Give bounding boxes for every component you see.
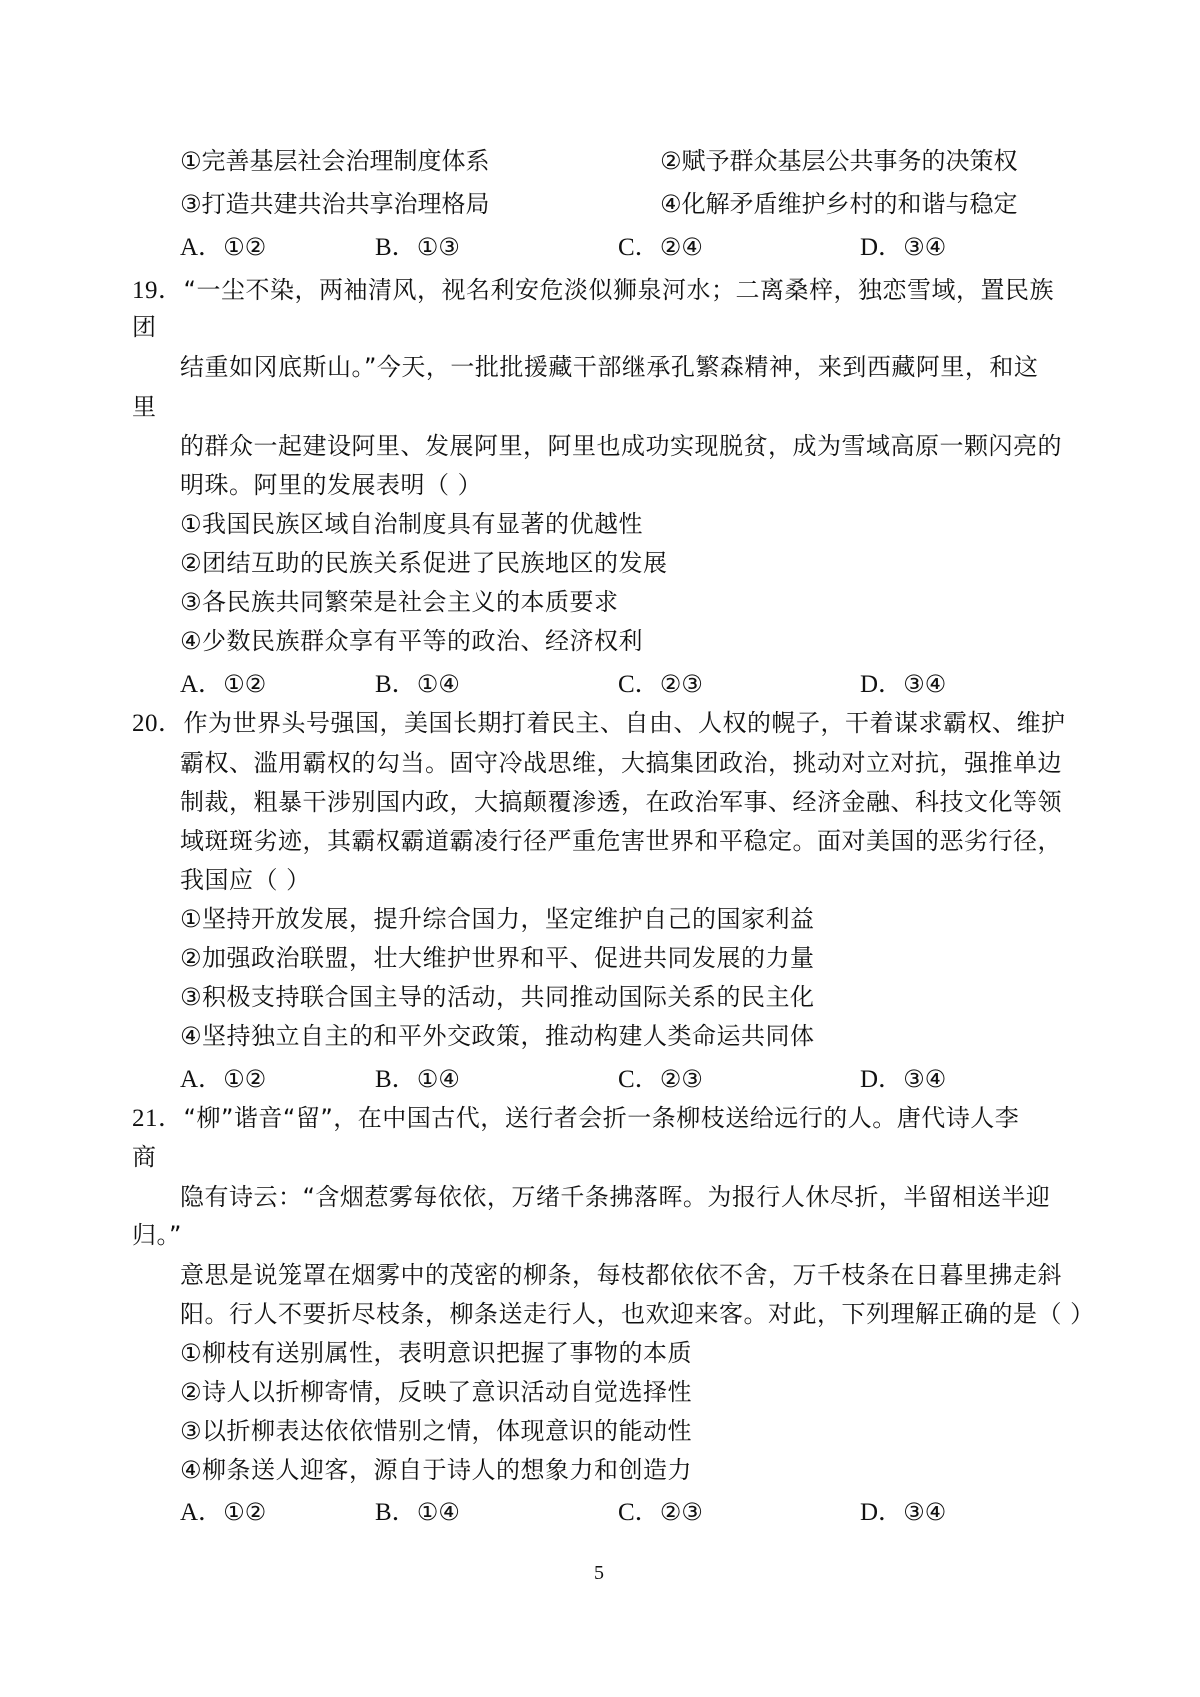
question-stem-line: 域斑斑劣迹，其霸权霸道霸凌行径严重危害世界和平稳定。面对美国的恶劣行径， bbox=[180, 826, 1062, 856]
question-stem-line: 阳。行人不要折尽枝条，柳条送走行人，也欢迎来客。对此，下列理解正确的是（ ） bbox=[180, 1299, 1095, 1329]
statement-1: ①柳枝有送别属性，表明意识把握了事物的本质 bbox=[180, 1338, 692, 1368]
question-stem-line: 21．“柳”谐音“留”，在中国古代，送行者会折一条柳枝送给远行的人。唐代诗人李 bbox=[132, 1103, 1019, 1134]
choice-c[interactable]: C．②③ bbox=[618, 1497, 703, 1528]
statement-4: ④柳条送人迎客，源自于诗人的想象力和创造力 bbox=[180, 1455, 692, 1485]
statement-2: ②加强政治联盟，壮大维护世界和平、促进共同发展的力量 bbox=[180, 943, 815, 973]
statement-2: ②诗人以折柳寄情，反映了意识活动自觉选择性 bbox=[180, 1377, 692, 1407]
choice-b[interactable]: B．①③ bbox=[375, 232, 460, 263]
exam-page: ①完善基层社会治理制度体系 ②赋予群众基层公共事务的决策权 ③打造共建共治共享治… bbox=[0, 0, 1200, 1697]
question-number: 19． bbox=[132, 277, 184, 304]
question-stem-line: 隐有诗云：“含烟惹雾每依依，万绪千条拂落晖。为报行人休尽折，半留相送半迎 bbox=[180, 1182, 1050, 1212]
statement-2: ②团结互助的民族关系促进了民族地区的发展 bbox=[180, 548, 668, 578]
choice-d[interactable]: D．③④ bbox=[860, 669, 946, 700]
statement-2: ②赋予群众基层公共事务的决策权 bbox=[660, 146, 1018, 176]
choice-d[interactable]: D．③④ bbox=[860, 1497, 946, 1528]
statement-3: ③以折柳表达依依惜别之情，体现意识的能动性 bbox=[180, 1416, 692, 1446]
answer-choices: A．①② B．①③ C．②④ D．③④ bbox=[0, 232, 1200, 262]
question-stem-line: 归。” bbox=[132, 1220, 182, 1250]
choice-a[interactable]: A．①② bbox=[180, 669, 266, 700]
question-stem-line: 商 bbox=[132, 1142, 157, 1172]
choice-a[interactable]: A．①② bbox=[180, 1064, 266, 1095]
question-stem-line: 我国应（ ） bbox=[180, 865, 311, 895]
statement-1: ①我国民族区域自治制度具有显著的优越性 bbox=[180, 509, 643, 539]
question-stem-line: 意思是说笼罩在烟雾中的茂密的柳条，每枝都依依不舍，万千枝条在日暮里拂走斜 bbox=[180, 1260, 1062, 1290]
question-stem-line: 团 bbox=[132, 312, 157, 342]
statement-1: ①坚持开放发展，提升综合国力，坚定维护自己的国家利益 bbox=[180, 904, 815, 934]
question-number: 20． bbox=[132, 710, 184, 737]
answer-choices: A．①② B．①④ C．②③ D．③④ bbox=[0, 1497, 1200, 1527]
answer-choices: A．①② B．①④ C．②③ D．③④ bbox=[0, 1064, 1200, 1094]
statement-3: ③各民族共同繁荣是社会主义的本质要求 bbox=[180, 587, 619, 617]
statement-1: ①完善基层社会治理制度体系 bbox=[180, 146, 490, 176]
choice-d[interactable]: D．③④ bbox=[860, 232, 946, 263]
statement-3: ③积极支持联合国主导的活动，共同推动国际关系的民主化 bbox=[180, 982, 815, 1012]
page-number: 5 bbox=[594, 1562, 604, 1585]
statement-3: ③打造共建共治共享治理格局 bbox=[180, 189, 490, 219]
choice-c[interactable]: C．②③ bbox=[618, 1064, 703, 1095]
answer-choices: A．①② B．①④ C．②③ D．③④ bbox=[0, 669, 1200, 699]
question-stem-line: 的群众一起建设阿里、发展阿里，阿里也成功实现脱贫，成为雪域高原一颗闪亮的 bbox=[180, 431, 1062, 461]
choice-b[interactable]: B．①④ bbox=[375, 1497, 460, 1528]
question-stem-line: 霸权、滥用霸权的勾当。固守冷战思维，大搞集团政治，挑动对立对抗，强推单边 bbox=[180, 748, 1062, 778]
choice-c[interactable]: C．②④ bbox=[618, 232, 703, 263]
statement-4: ④少数民族群众享有平等的政治、经济权利 bbox=[180, 626, 643, 656]
question-stem-line: 里 bbox=[132, 392, 157, 422]
choice-c[interactable]: C．②③ bbox=[618, 669, 703, 700]
question-stem-line: 结重如冈底斯山。”今天，一批批援藏干部继承孔繁森精神，来到西藏阿里，和这 bbox=[180, 352, 1038, 382]
choice-b[interactable]: B．①④ bbox=[375, 669, 460, 700]
question-stem-line: 20．作为世界头号强国，美国长期打着民主、自由、人权的幌子，干着谋求霸权、维护 bbox=[132, 708, 1066, 739]
choice-a[interactable]: A．①② bbox=[180, 1497, 266, 1528]
question-stem-line: 明珠。阿里的发展表明（ ） bbox=[180, 470, 482, 500]
question-stem-line: 制裁，粗暴干涉别国内政，大搞颠覆渗透，在政治军事、经济金融、科技文化等领 bbox=[180, 787, 1062, 817]
choice-d[interactable]: D．③④ bbox=[860, 1064, 946, 1095]
statement-4: ④坚持独立自主的和平外交政策，推动构建人类命运共同体 bbox=[180, 1021, 815, 1051]
question-stem-line: 19．“一尘不染，两袖清风，视名利安危淡似狮泉河水；二离桑梓，独恋雪域，置民族 bbox=[132, 275, 1054, 306]
statement-4: ④化解矛盾维护乡村的和谐与稳定 bbox=[660, 189, 1018, 219]
choice-b[interactable]: B．①④ bbox=[375, 1064, 460, 1095]
question-number: 21． bbox=[132, 1105, 184, 1132]
choice-a[interactable]: A．①② bbox=[180, 232, 266, 263]
